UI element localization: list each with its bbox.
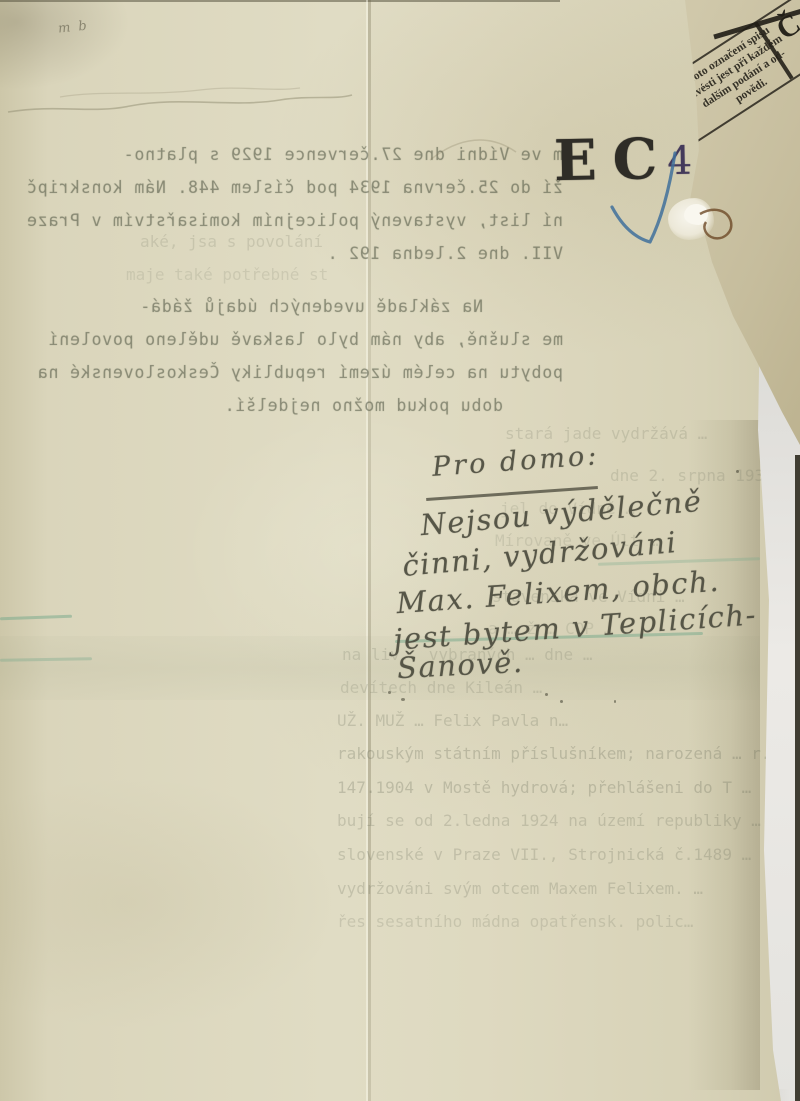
bleedthrough-fragment: stará jade vydržává … — [505, 424, 707, 443]
punch-hole — [684, 204, 708, 225]
scanner-edge-right — [795, 455, 800, 1101]
ink-speck — [545, 693, 548, 696]
scanned-archive-document: m b m ve Vídni dne 27.července 1929 s pl… — [0, 0, 800, 1101]
bleedthrough-line: řes sesatního mádna opatřensk. polic… — [337, 912, 693, 931]
typescript-line: me slušně, aby nám bylo laskavě uděleno … — [33, 323, 563, 356]
typescript-line: Na základě uvedených údajů žádá- — [33, 290, 563, 323]
handwriting-line: Šanově. — [396, 645, 524, 686]
registry-stamp-letters: EC — [553, 126, 673, 194]
ink-speck — [388, 691, 391, 694]
ink-speck — [560, 700, 563, 703]
bleedthrough-line: UŽ. MUŽ … Felix Pavla n… — [337, 711, 568, 730]
ghost-typescript-line: aké, jsa s povolání — [140, 232, 323, 251]
bleedthrough-line: vydržováni svým otcem Maxem Felixem. … — [337, 879, 703, 898]
typescript-line: m ve Vídni dne 27.července 1929 s platno… — [33, 138, 563, 171]
ink-speck — [614, 700, 616, 703]
ghost-typescript-line: maje také potřebné st — [126, 265, 328, 284]
bleedthrough-fragment: dne 2. srpna 1935. — [610, 466, 783, 485]
ink-speck — [736, 470, 739, 473]
bleedthrough-line: 147.1904 v Mostě hydrová; přehlášeni do … — [337, 778, 751, 797]
typescript-line: pobytu na celém území republiky Českoslo… — [33, 356, 563, 389]
green-crayon-stroke — [0, 615, 72, 621]
pencil-corner-note: m b — [57, 18, 89, 36]
typescript-line: dobu pokud možno nejdelší. — [33, 389, 563, 422]
bleedthrough-line: bují se od 2.ledna 1924 na území republi… — [337, 811, 761, 830]
bleedthrough-line: rakouským státním příslušníkem; narozená… — [337, 744, 770, 763]
page-top-edge-shadow — [0, 0, 560, 2]
ink-speck — [401, 698, 405, 701]
handwriting-heading: Pro domo: — [431, 440, 600, 483]
bleedthrough-line: slovenské v Praze VII., Strojnická č.148… — [337, 845, 751, 864]
typescript-line: ží do 25.června 1934 pod číslem 448. Nám… — [33, 171, 563, 204]
